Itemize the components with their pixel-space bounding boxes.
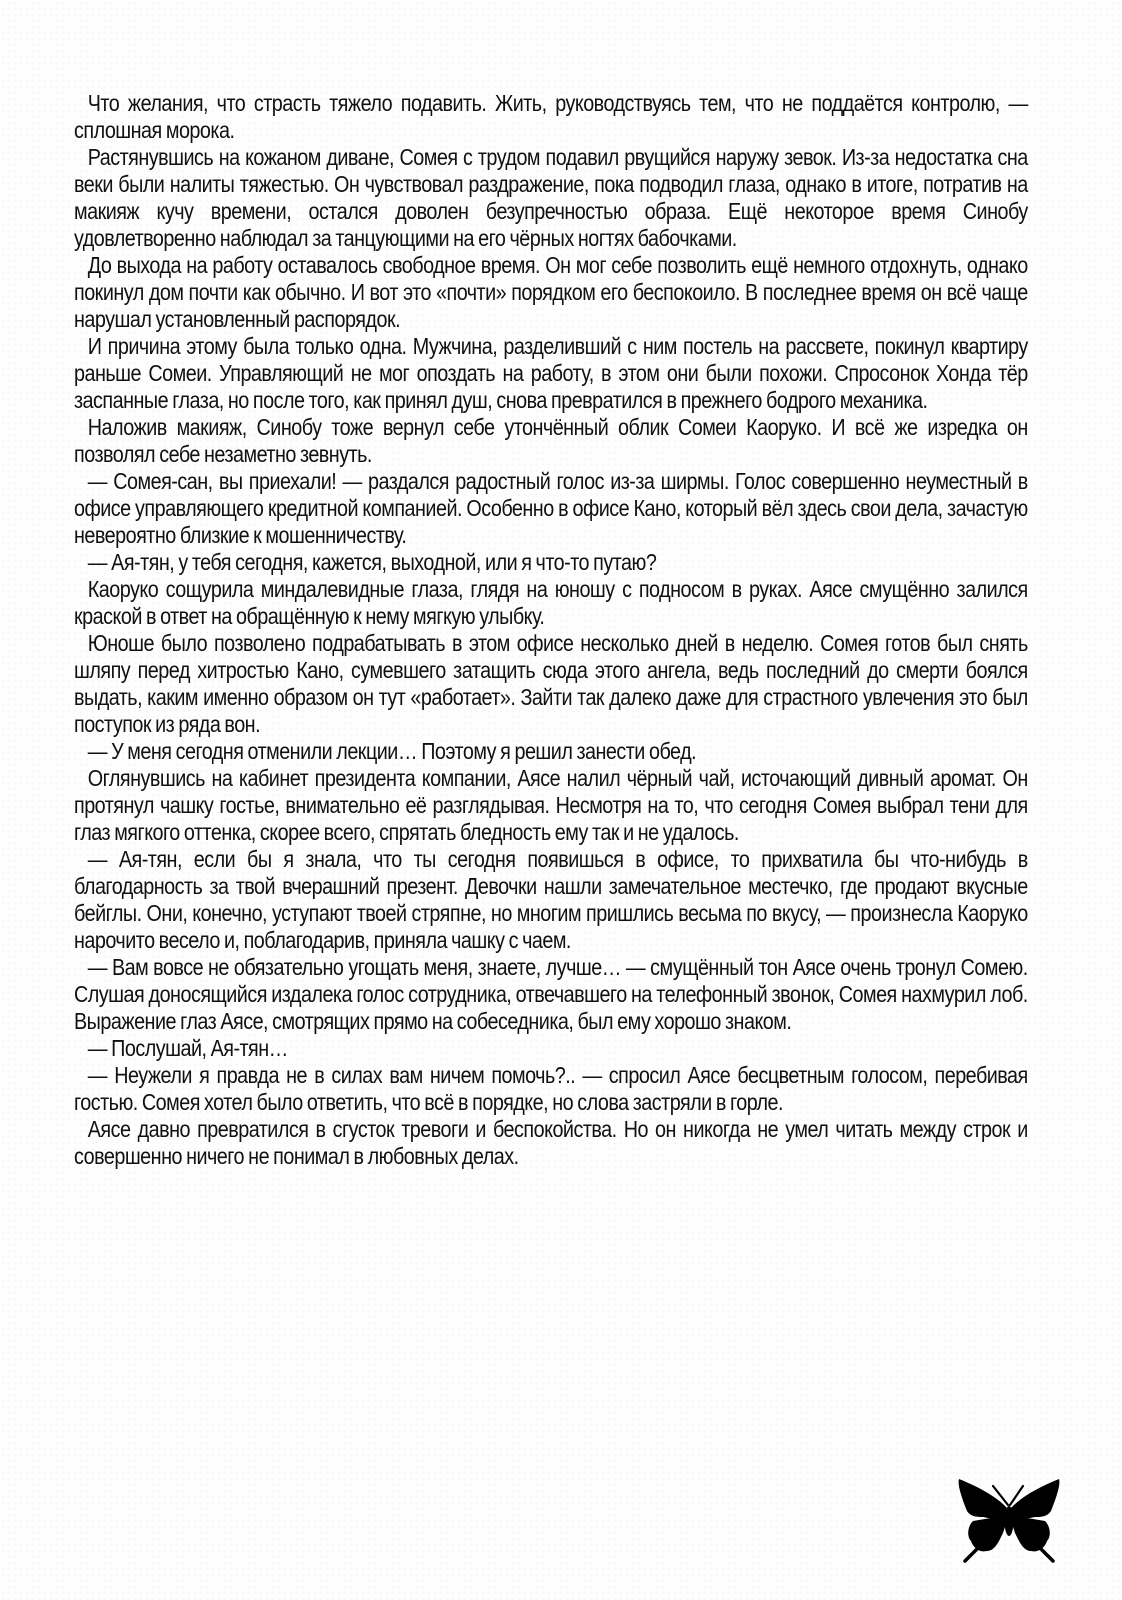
paragraph: Каоруко сощурила миндалевидные глаза, гл… <box>74 576 1028 630</box>
paragraph: Наложив макияж, Синобу тоже вернул себе … <box>74 414 1028 468</box>
paragraph: Что желания, что страсть тяжело подавить… <box>74 90 1028 144</box>
dialogue-paragraph: — Ая-тян, если бы я знала, что ты сегодн… <box>74 846 1028 954</box>
dialogue-paragraph: — У меня сегодня отменили лекции… Поэтом… <box>74 738 1028 765</box>
body-text: Что желания, что страсть тяжело подавить… <box>74 90 1028 1170</box>
dialogue-paragraph: — Ая-тян, у тебя сегодня, кажется, выход… <box>74 549 1028 576</box>
dialogue-paragraph: — Послушай, Ая-тян… <box>74 1035 1028 1062</box>
dialogue-paragraph: — Вам вовсе не обязательно угощать меня,… <box>74 954 1028 1035</box>
paragraph: Аясе давно превратился в сгусток тревоги… <box>74 1116 1028 1170</box>
document-page: Что желания, что страсть тяжело подавить… <box>74 90 1028 1170</box>
paragraph: И причина этому была только одна. Мужчин… <box>74 333 1028 414</box>
paragraph: Юноше было позволено подрабатывать в это… <box>74 630 1028 738</box>
paragraph: Растянувшись на кожаном диване, Сомея с … <box>74 144 1028 252</box>
dialogue-paragraph: — Сомея-сан, вы приехали! — раздался рад… <box>74 468 1028 549</box>
paragraph: До выхода на работу оставалось свободное… <box>74 252 1028 333</box>
butterfly-icon <box>957 1475 1061 1565</box>
dialogue-paragraph: — Неужели я правда не в силах вам ничем … <box>74 1062 1028 1116</box>
paragraph: Оглянувшись на кабинет президента компан… <box>74 765 1028 846</box>
